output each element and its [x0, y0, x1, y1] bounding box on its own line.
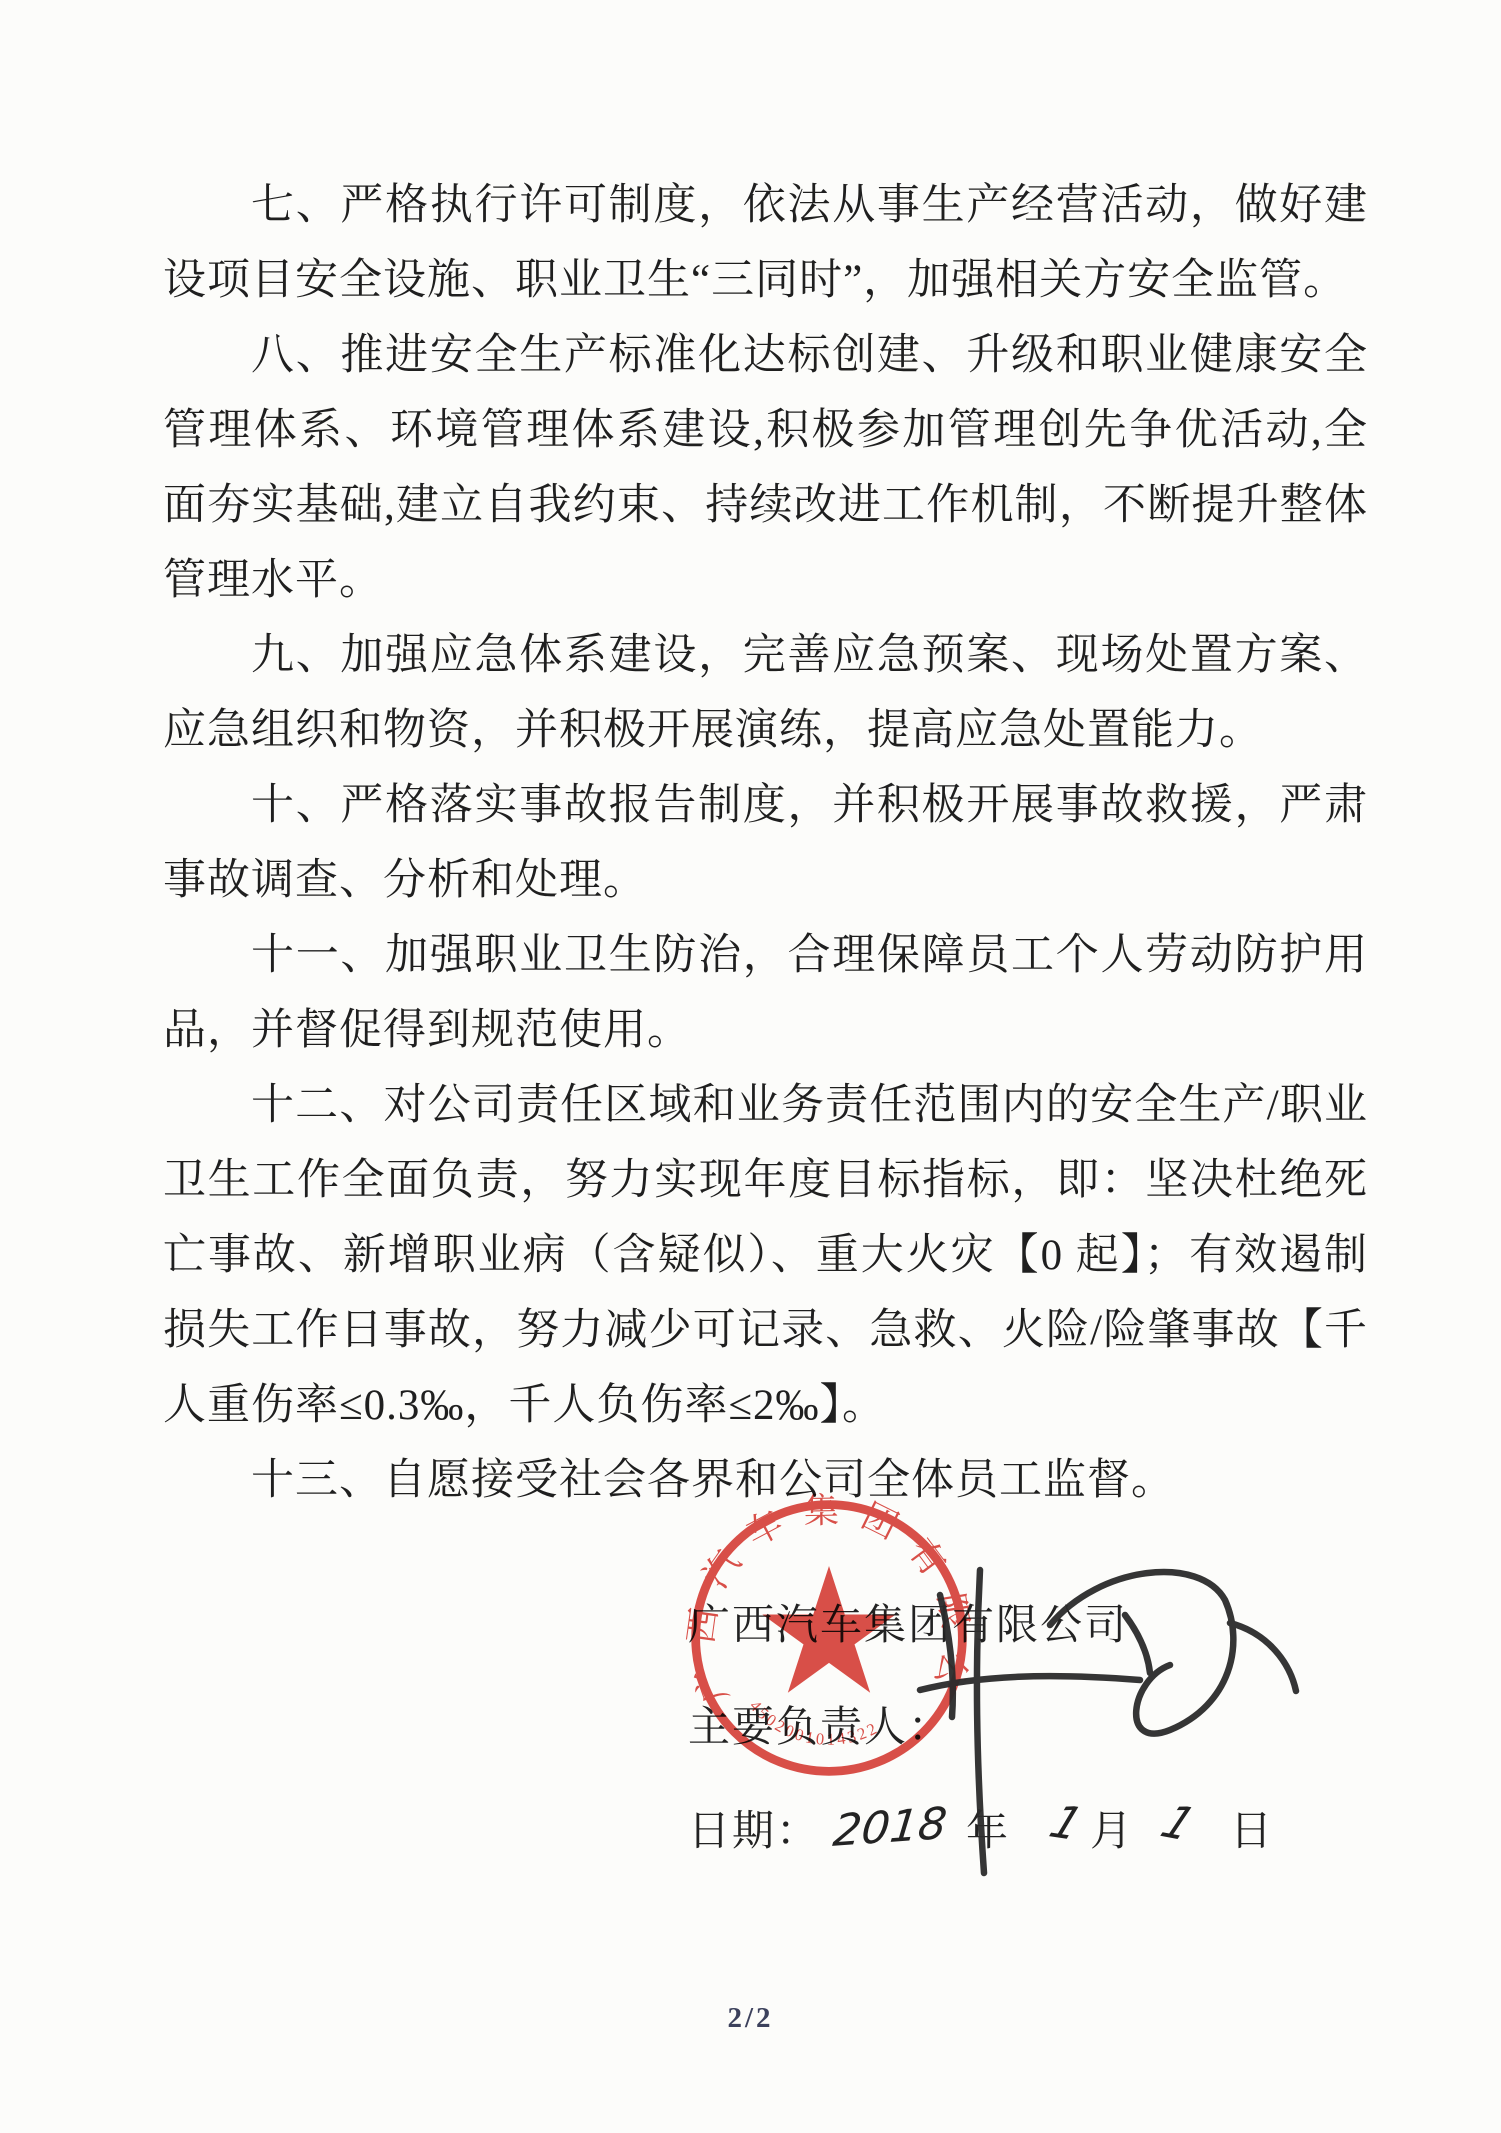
paragraph-9: 九、加强应急体系建设，完善应急预案、现场处置方案、应急组织和物资，并积极开展演练… — [163, 618, 1368, 768]
paragraph-7: 七、严格执行许可制度，依法从事生产经营活动，做好建设项目安全设施、职业卫生“三同… — [163, 168, 1368, 318]
star-icon — [762, 1566, 895, 1693]
seal-serial-number: 4502001014322 — [746, 1696, 882, 1749]
paragraph-11: 十一、加强职业卫生防治，合理保障员工个人劳动防护用品，并督促得到规范使用。 — [163, 918, 1368, 1068]
handwritten-signature — [880, 1505, 1310, 1905]
scanned-document-page: 七、严格执行许可制度，依法从事生产经营活动，做好建设项目安全设施、职业卫生“三同… — [0, 0, 1501, 2133]
paragraph-8: 八、推进安全生产标准化达标创建、升级和职业健康安全管理体系、环境管理体系建设,积… — [163, 318, 1368, 618]
paragraph-12: 十二、对公司责任区域和业务责任范围内的安全生产/职业卫生工作全面负责，努力实现年… — [163, 1068, 1368, 1443]
document-body: 七、严格执行许可制度，依法从事生产经营活动，做好建设项目安全设施、职业卫生“三同… — [163, 168, 1368, 1518]
paragraph-10: 十、严格落实事故报告制度，并积极开展事故救援，严肃事故调查、分析和处理。 — [163, 768, 1368, 918]
page-number: 2/2 — [0, 2002, 1501, 2035]
date-label: 日期： — [688, 1798, 820, 1858]
